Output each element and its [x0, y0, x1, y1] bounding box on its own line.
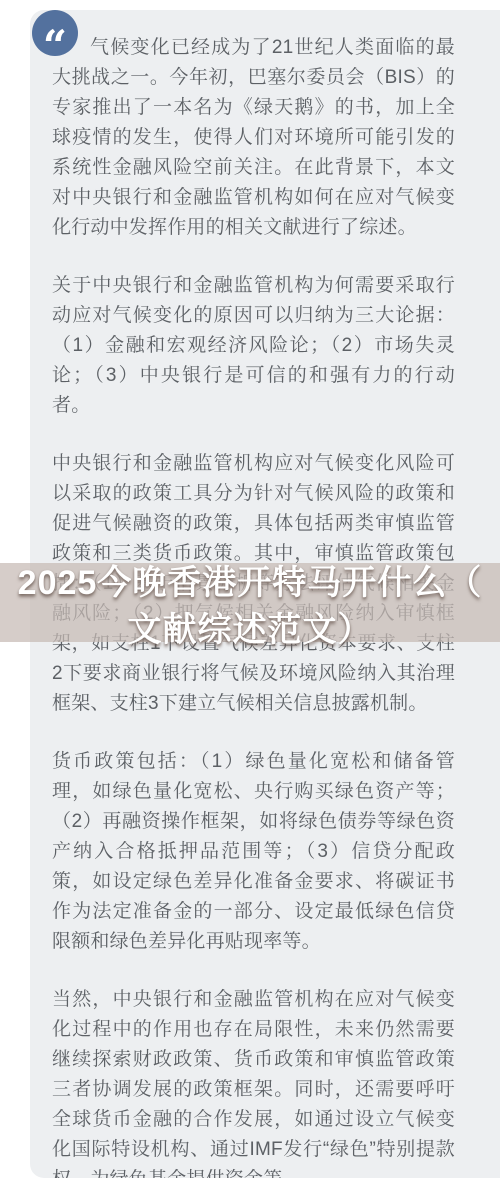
article-page: 气候变化已经成为了21世纪人类面临的最大挑战之一。今年初，巴塞尔委员会（BIS）…: [0, 0, 500, 1194]
article-paragraph: 气候变化已经成为了21世纪人类面临的最大挑战之一。今年初，巴塞尔委员会（BIS）…: [52, 33, 455, 243]
watermark-text-line: 2025今晚香港开特马开什么（: [0, 560, 500, 607]
article-paragraph: 关于中央银行和金融监管机构为何需要采取行动应对气候变化的原因可以归纳为三大论据：…: [52, 271, 455, 421]
watermark-overlay: 2025今晚香港开特马开什么（ 文献综述范文）: [0, 560, 500, 654]
watermark-text-line: 文献综述范文）: [0, 607, 500, 654]
article-paragraph: 当然，中央银行和金融监管机构在应对气候变化过程中的作用也存在局限性，未来仍然需要…: [52, 985, 455, 1178]
article-paragraph: 货币政策包括：（1）绿色量化宽松和储备管理，如绿色量化宽松、央行购买绿色资产等；…: [52, 747, 455, 957]
quote-icon: “: [32, 10, 78, 56]
